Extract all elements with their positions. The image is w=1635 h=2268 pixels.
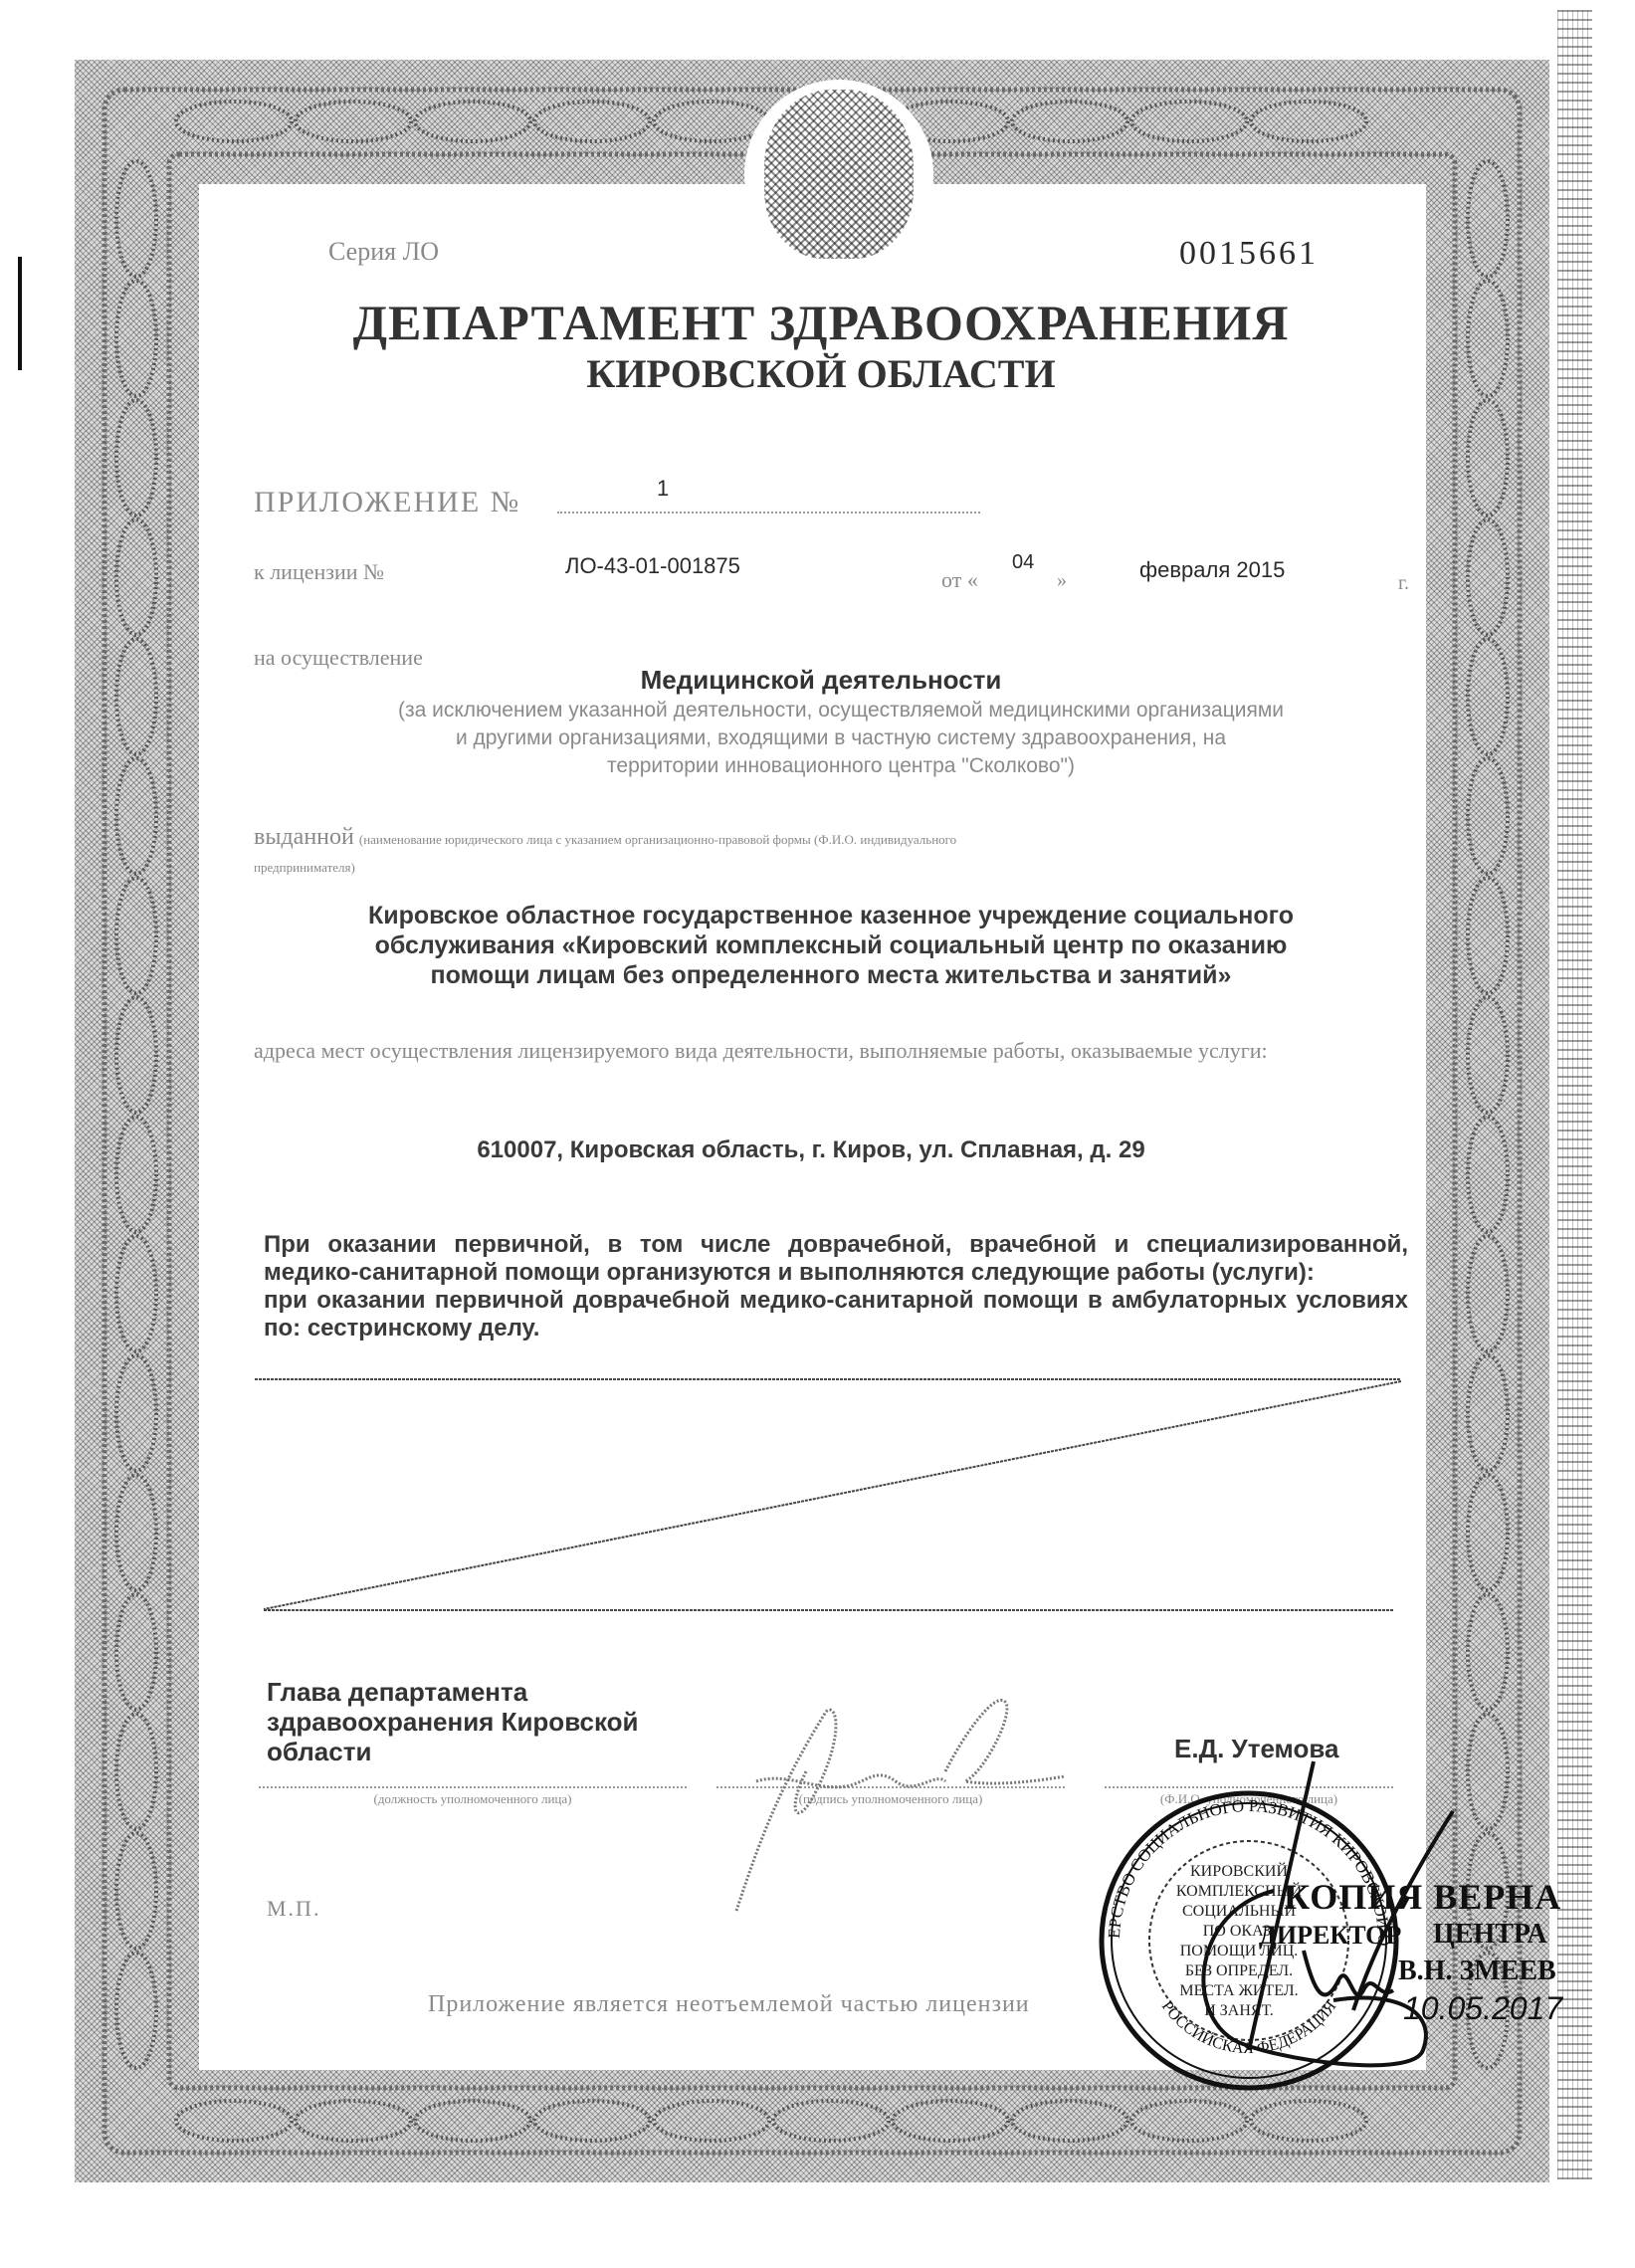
signatory-position: Глава департамента здравоохранения Киров… [267,1677,639,1766]
position-caption: (должность уполномоченного лица) [259,1791,687,1807]
footer-note: Приложение является неотъемлемой частью … [428,1991,1030,2018]
position-line-rule [259,1786,687,1788]
handwritten-signature [697,1672,1115,1931]
position-line: здравоохранения Кировской [267,1707,639,1737]
certifier-signature [1154,1752,1483,2130]
position-line: области [267,1737,639,1766]
position-line: Глава департамента [267,1677,639,1707]
seal-place-label: М.П. [267,1896,320,1922]
